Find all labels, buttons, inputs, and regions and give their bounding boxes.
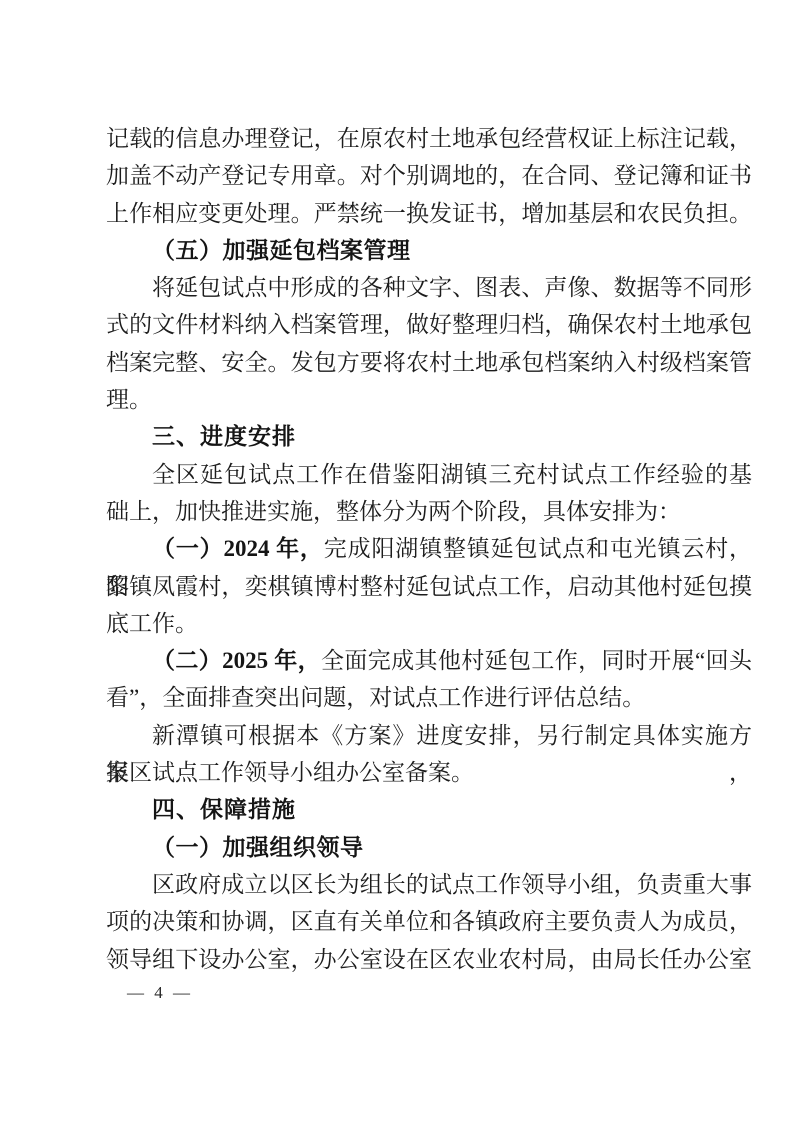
body-line-2025-phase: （二）2025 年，全面完成其他村延包工作，同时开展“回头 <box>106 642 752 679</box>
body-line: 将延包试点中形成的各种文字、图表、声像、数据等不同形 <box>106 269 752 306</box>
body-line-text: 全面完成其他村延包工作，同时开展“回头 <box>321 648 752 673</box>
body-line: 项的决策和协调，区直有关单位和各镇政府主要负责人为成员， <box>106 903 752 940</box>
body-line: 领导组下设办公室，办公室设在区农业农村局，由局长任办公室 <box>106 941 752 978</box>
body-line: 区政府成立以区长为组长的试点工作领导小组，负责重大事 <box>106 866 752 903</box>
subheading-strengthen-leadership: （一）加强组织领导 <box>106 829 752 866</box>
subheading-archive-management: （五）加强延包档案管理 <box>106 232 752 269</box>
phase-2025-label: （二）2025 年， <box>152 648 321 673</box>
body-line: 全区延包试点工作在借鉴阳湖镇三充村试点工作经验的基 <box>106 456 752 493</box>
document-page: 记载的信息办理登记，在原农村土地承包经营权证上标注记载， 加盖不动产登记专用章。… <box>0 0 794 1123</box>
body-line: 阳镇凤霞村，奕棋镇博村整村延包试点工作，启动其他村延包摸 <box>106 568 752 605</box>
body-line: 上作相应变更处理。严禁统一换发证书，增加基层和农民负担。 <box>106 195 752 232</box>
body-line: 加盖不动产登记专用章。对个别调地的，在合同、登记簿和证书 <box>106 157 752 194</box>
body-line: 式的文件材料纳入档案管理，做好整理归档，确保农村土地承包 <box>106 306 752 343</box>
body-line: 新潭镇可根据本《方案》进度安排，另行制定具体实施方案， <box>106 717 752 754</box>
body-line: 理。 <box>106 381 752 418</box>
body-line: 看”，全面排查突出问题，对试点工作进行评估总结。 <box>106 679 752 716</box>
body-line-2024-phase: （一）2024 年，完成阳湖镇整镇延包试点和屯光镇云村，黎 <box>106 530 752 567</box>
body-line: 记载的信息办理登记，在原农村土地承包经营权证上标注记载， <box>106 120 752 157</box>
page-number: — 4 — <box>127 983 193 1003</box>
phase-2024-label: （一）2024 年， <box>152 536 324 561</box>
page-body: 记载的信息办理登记，在原农村土地承包经营权证上标注记载， 加盖不动产登记专用章。… <box>106 120 752 978</box>
heading-safeguard-measures: 四、保障措施 <box>106 791 752 828</box>
heading-progress-schedule: 三、进度安排 <box>106 418 752 455</box>
body-line: 础上，加快推进实施，整体分为两个阶段，具体安排为： <box>106 493 752 530</box>
body-line: 底工作。 <box>106 605 752 642</box>
body-line: 档案完整、安全。发包方要将农村土地承包档案纳入村级档案管 <box>106 344 752 381</box>
